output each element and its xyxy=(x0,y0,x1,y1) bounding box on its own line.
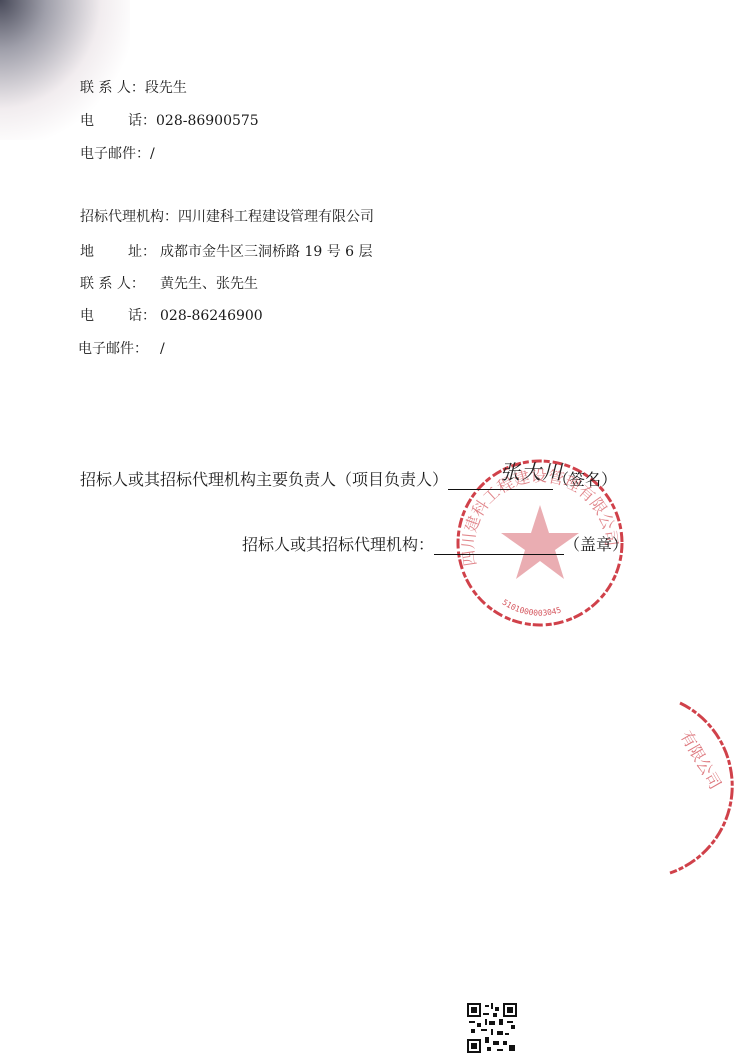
partial-seal: 有限公司 xyxy=(640,695,750,880)
agency-contact-row: 联 系 人：黄先生、张先生 xyxy=(80,275,258,293)
agency-seal-label: 招标人或其招标代理机构： xyxy=(242,535,434,554)
tenderer-contact-row: 联 系 人：段先生 xyxy=(80,79,187,97)
agency-contact-label: 联 系 人： xyxy=(80,275,160,293)
seal-suffix: （盖章） xyxy=(564,535,628,554)
handwritten-signature: 张大川 xyxy=(500,456,563,485)
phone-value: 028-86900575 xyxy=(156,113,259,129)
agency-name-label: 招标代理机构： xyxy=(80,209,178,225)
tenderer-phone-row: 电话：028-86900575 xyxy=(80,112,259,130)
address-label-1: 地 xyxy=(80,243,128,261)
email-value: / xyxy=(150,146,155,162)
phone-label-1: 电 xyxy=(80,112,128,130)
agency-seal-row: 招标人或其招标代理机构：（盖章） xyxy=(242,535,628,555)
agency-email-value: / xyxy=(160,341,165,357)
phone-label-2: 话： xyxy=(128,113,156,129)
agency-address-row: 地址：成都市金牛区三洞桥路 19 号 6 层 xyxy=(80,243,373,261)
address-value: 成都市金牛区三洞桥路 19 号 6 层 xyxy=(160,244,373,260)
agency-name-value: 四川建科工程建设管理有限公司 xyxy=(178,209,374,225)
agency-phone-row: 电话：028-86246900 xyxy=(80,307,263,325)
agency-name-row: 招标代理机构：四川建科工程建设管理有限公司 xyxy=(80,208,374,226)
seal-field xyxy=(434,536,564,555)
contact-value: 段先生 xyxy=(145,80,187,96)
agency-email-label: 电子邮件： xyxy=(78,340,160,358)
agency-phone-label-2: 话： xyxy=(128,307,160,325)
responsible-person-label: 招标人或其招标代理机构主要负责人（项目负责人） xyxy=(80,470,448,489)
agency-phone-label-1: 电 xyxy=(80,307,128,325)
agency-phone-value: 028-86246900 xyxy=(160,308,263,324)
qr-code xyxy=(467,1003,517,1053)
agency-contact-value: 黄先生、张先生 xyxy=(160,276,258,292)
contact-label: 联 系 人： xyxy=(80,79,145,97)
address-label-2: 址： xyxy=(128,243,160,261)
email-label: 电子邮件： xyxy=(80,146,150,162)
seal-serial: 5101000003045 xyxy=(501,598,563,618)
tenderer-email-row: 电子邮件：/ xyxy=(80,145,155,163)
agency-email-row: 电子邮件：/ xyxy=(78,340,165,358)
